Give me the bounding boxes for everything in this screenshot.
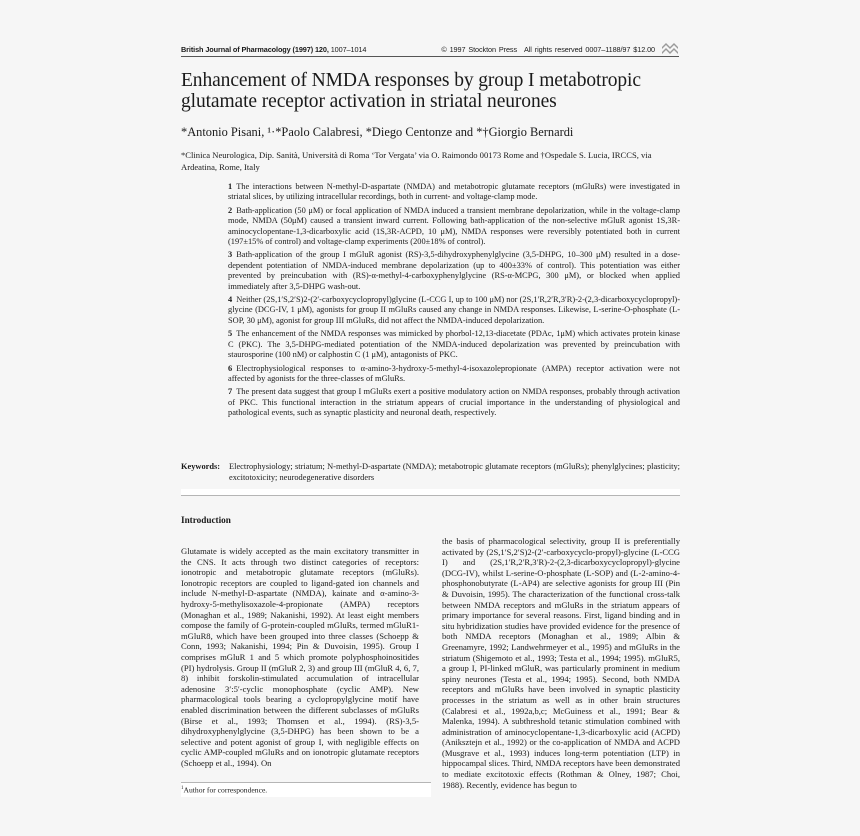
introduction-heading: Introduction xyxy=(181,515,231,525)
copyright-text: © 1997 Stockton Press xyxy=(441,45,517,54)
abstract-point-4: 4Neither (2S,1′S,2′S)2-(2′-carboxycyclop… xyxy=(228,295,680,326)
footnote-text: Author for correspondence. xyxy=(184,786,268,795)
introduction-paragraph-right: the basis of pharmacological selectivity… xyxy=(442,536,680,790)
abstract-point-3: 3Bath-application of the group I mGluR a… xyxy=(228,250,680,292)
abstract-point-1: 1The interactions between N-methyl-D-asp… xyxy=(228,182,680,203)
keywords-text: Electrophysiology; striatum; N-methyl-D-… xyxy=(229,462,680,483)
stockton-press-logo-icon xyxy=(661,41,679,55)
rights-text: All rights reserved 0007–1188/97 $12.00 xyxy=(524,45,655,54)
keywords: Keywords: Electrophysiology; striatum; N… xyxy=(181,462,680,483)
copyright-line: © 1997 Stockton PressAll rights reserved… xyxy=(441,45,655,54)
body-column-left: Glutamate is widely accepted as the main… xyxy=(181,546,419,768)
author-list: *Antonio Pisani, ¹·*Paolo Calabresi, *Di… xyxy=(181,125,691,140)
footnote: 1Author for correspondence. xyxy=(181,782,431,797)
abstract-point-5: 5The enhancement of the NMDA responses w… xyxy=(228,329,680,360)
affiliations: *Clinica Neurologica, Dip. Sanità, Unive… xyxy=(181,150,681,173)
abstract-point-2: 2Bath-application (50 μM) or focal appli… xyxy=(228,206,680,248)
journal-citation: British Journal of Pharmacology (1997) 1… xyxy=(181,45,366,54)
article-title: Enhancement of NMDA responses by group I… xyxy=(181,70,691,112)
abstract-point-6: 6Electrophysiological responses to α-ami… xyxy=(228,364,680,385)
page-range: 1007–1014 xyxy=(331,45,367,54)
running-header: British Journal of Pharmacology (1997) 1… xyxy=(181,44,679,57)
body-column-right: the basis of pharmacological selectivity… xyxy=(442,536,680,790)
keywords-label: Keywords: xyxy=(181,462,229,473)
abstract: 1The interactions between N-methyl-D-asp… xyxy=(228,182,680,422)
introduction-paragraph-left: Glutamate is widely accepted as the main… xyxy=(181,546,419,768)
section-divider xyxy=(181,489,680,496)
abstract-point-7: 7The present data suggest that group I m… xyxy=(228,387,680,418)
